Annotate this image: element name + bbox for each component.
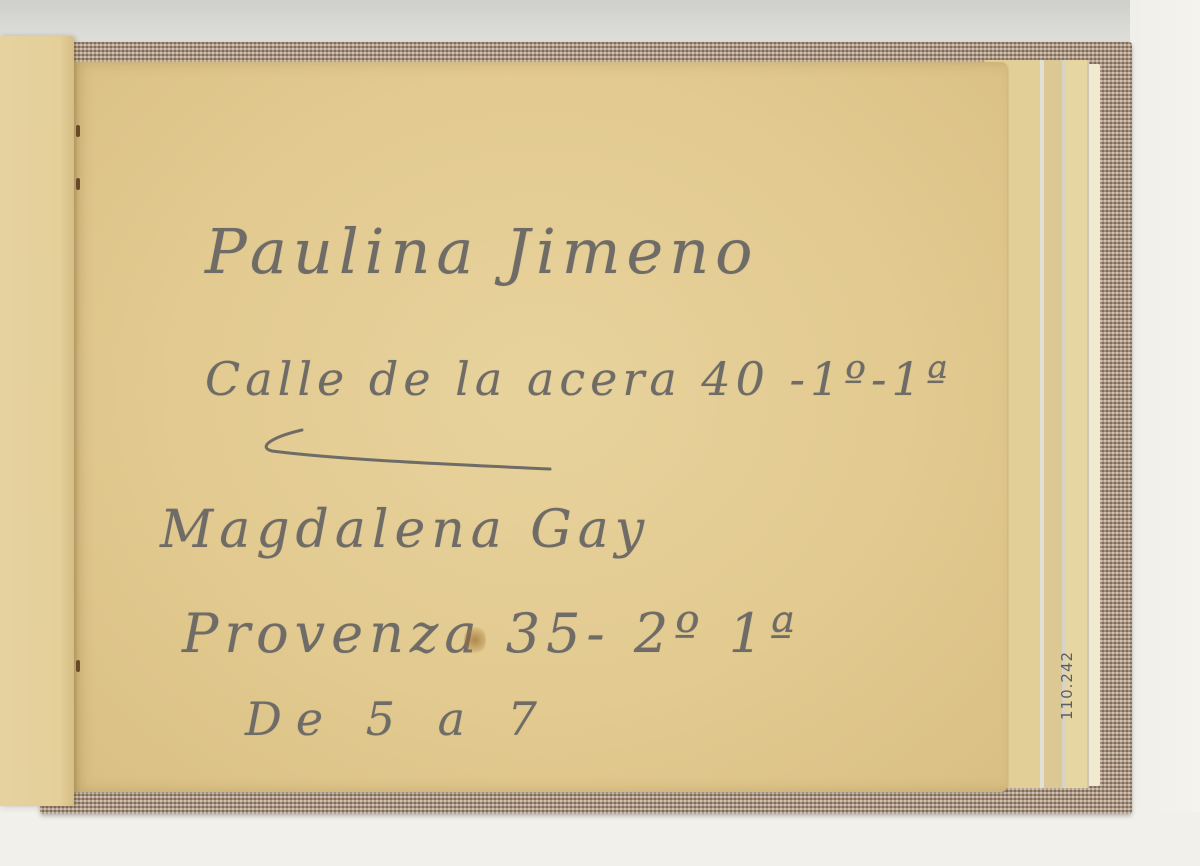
background-bottom: [0, 812, 1200, 866]
catalog-number: 110.242: [1058, 651, 1076, 720]
entry-note-2: De 5 a 7: [245, 692, 551, 746]
entry-name-2: Magdalena Gay: [160, 500, 650, 560]
entry-address-1: Calle de la acera 40 -1º-1ª: [205, 352, 953, 406]
binding-hole: [76, 178, 80, 190]
entry-address-2: Provenza 35- 2º 1ª: [182, 602, 801, 665]
pencil-underline: [262, 425, 552, 475]
entry-name-1: Paulina Jimeno: [205, 215, 759, 288]
binding-hole: [76, 125, 80, 137]
binding-hole: [76, 660, 80, 672]
paper-stain: [464, 625, 486, 655]
left-facing-page: [0, 36, 74, 806]
background-right: [1130, 0, 1200, 866]
